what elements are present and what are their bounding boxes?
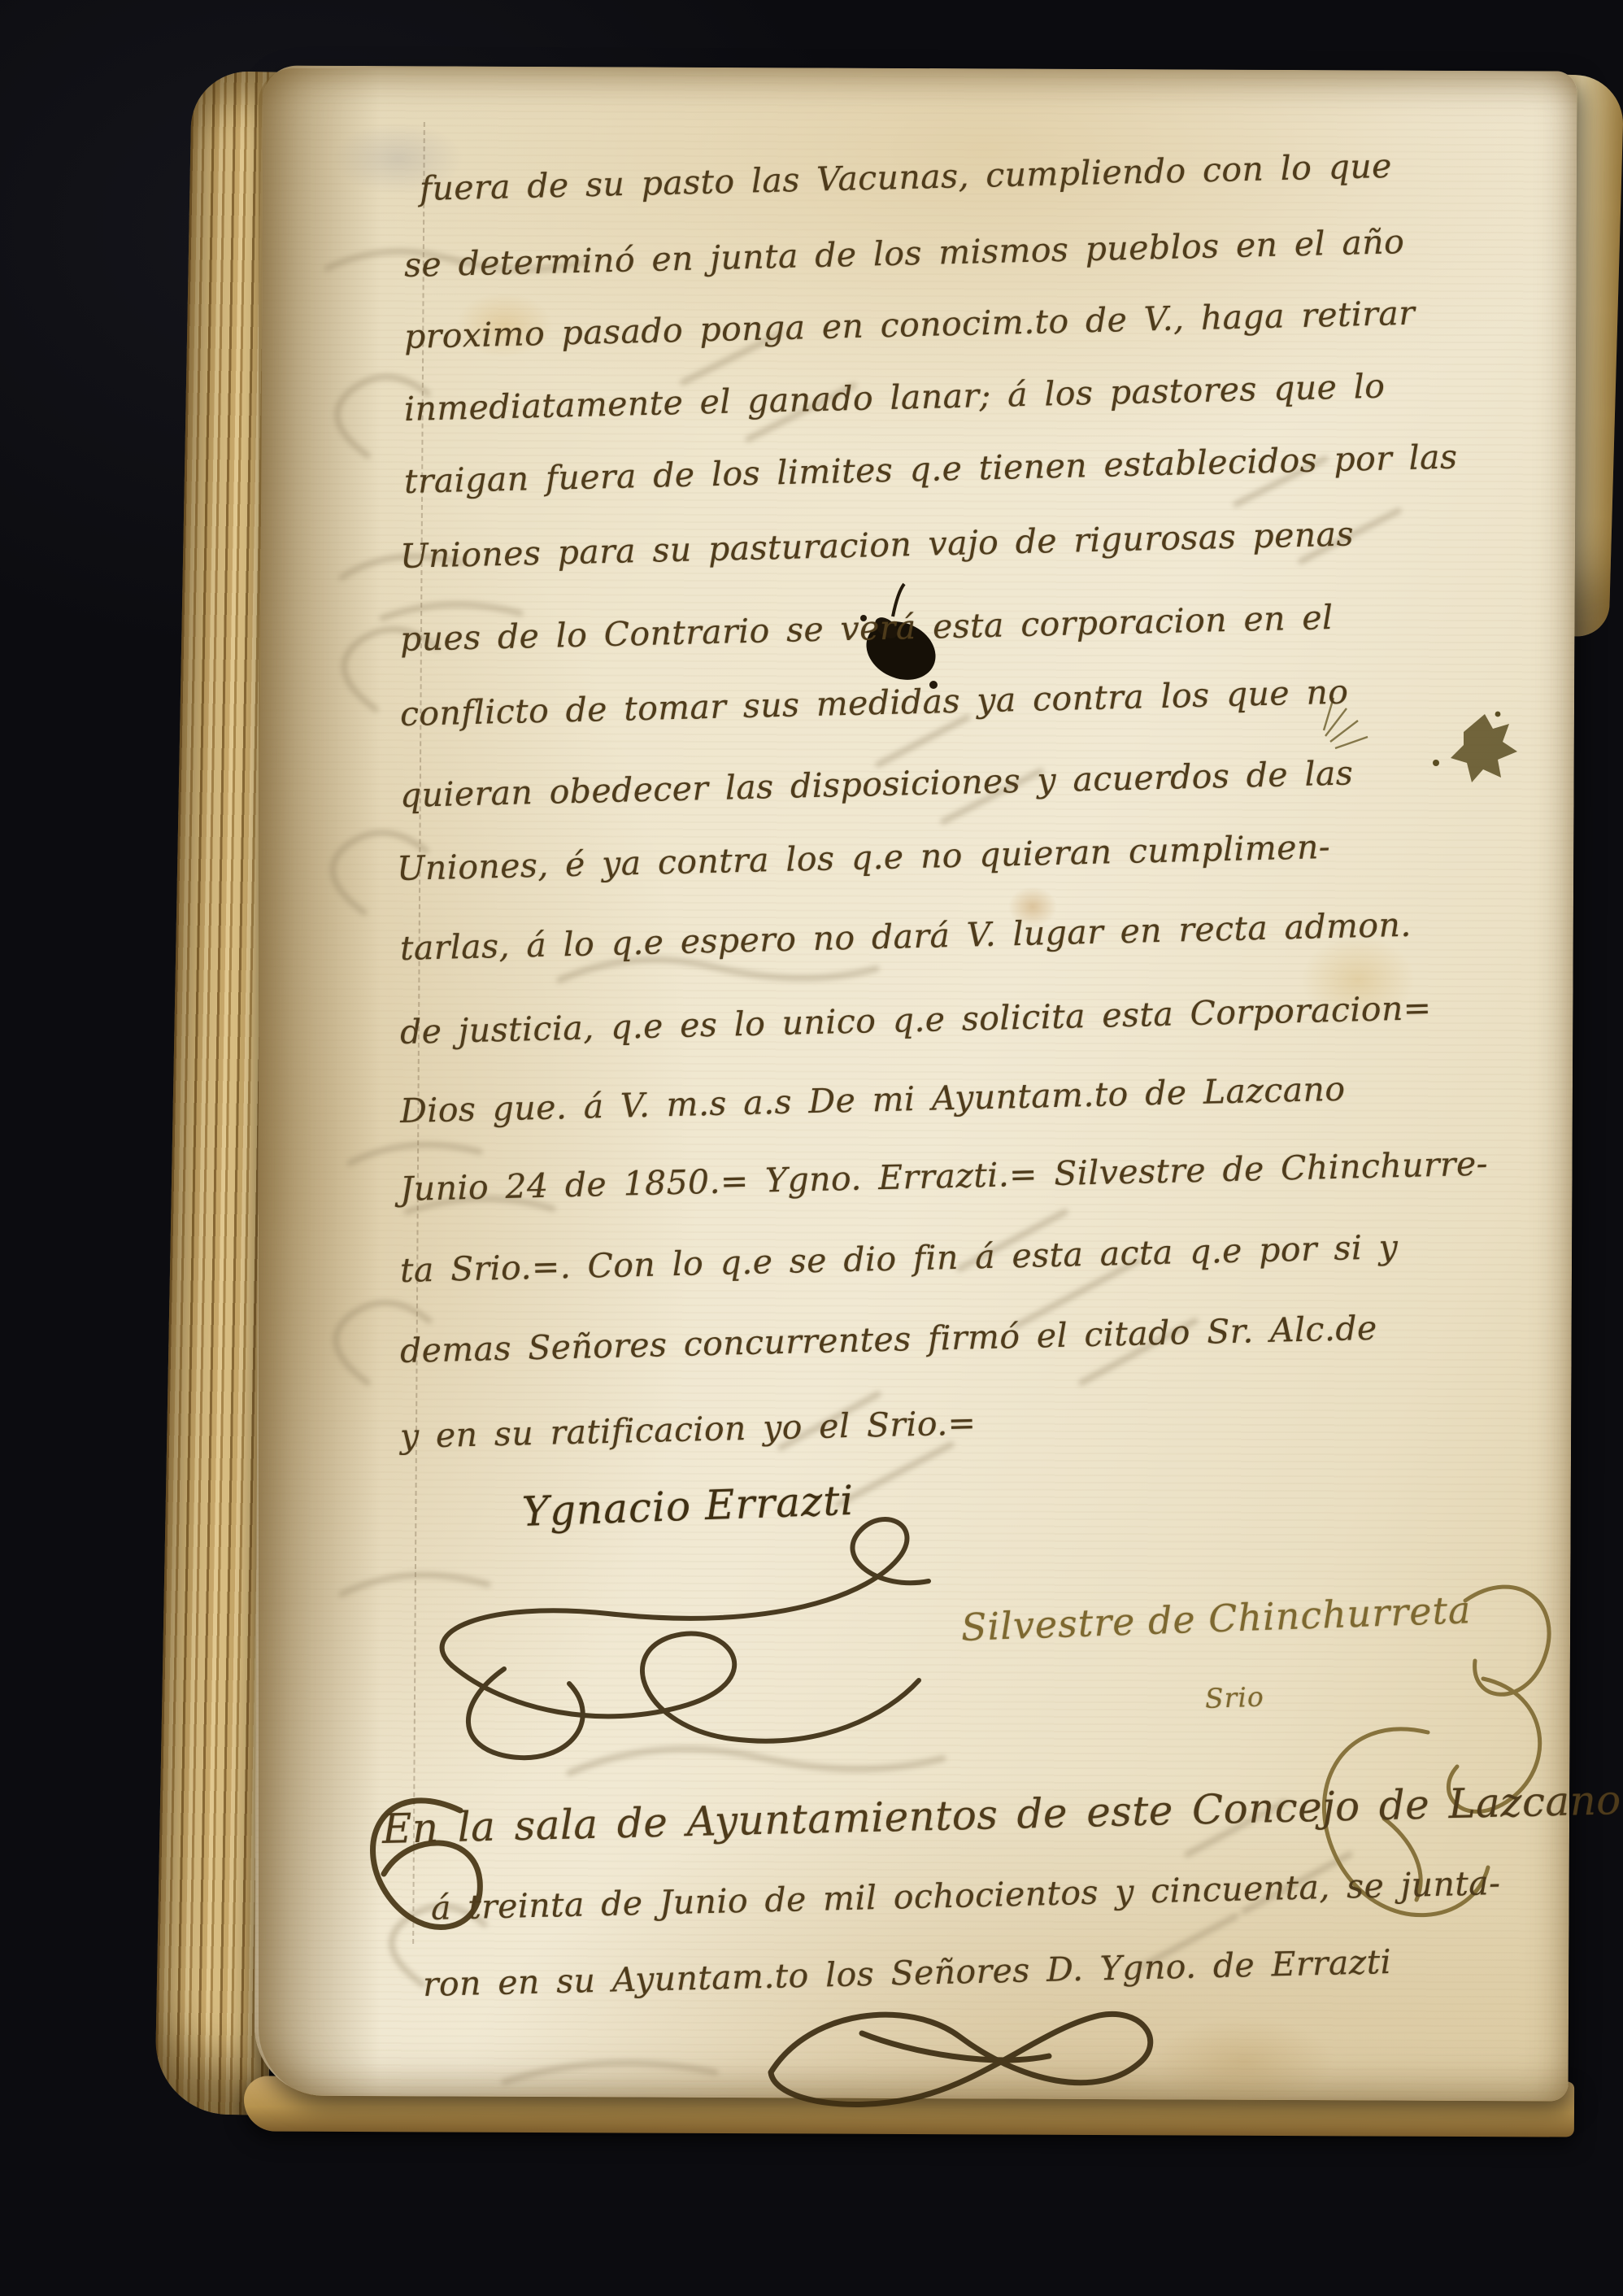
signature-title-secretario: Srio — [1204, 1683, 1264, 1712]
photographed-book-scene: fuera de su pasto las Vacunas, cumpliend… — [0, 0, 1623, 2296]
signature-ignacio-errazti: Ygnacio Errazti — [521, 1480, 855, 1532]
